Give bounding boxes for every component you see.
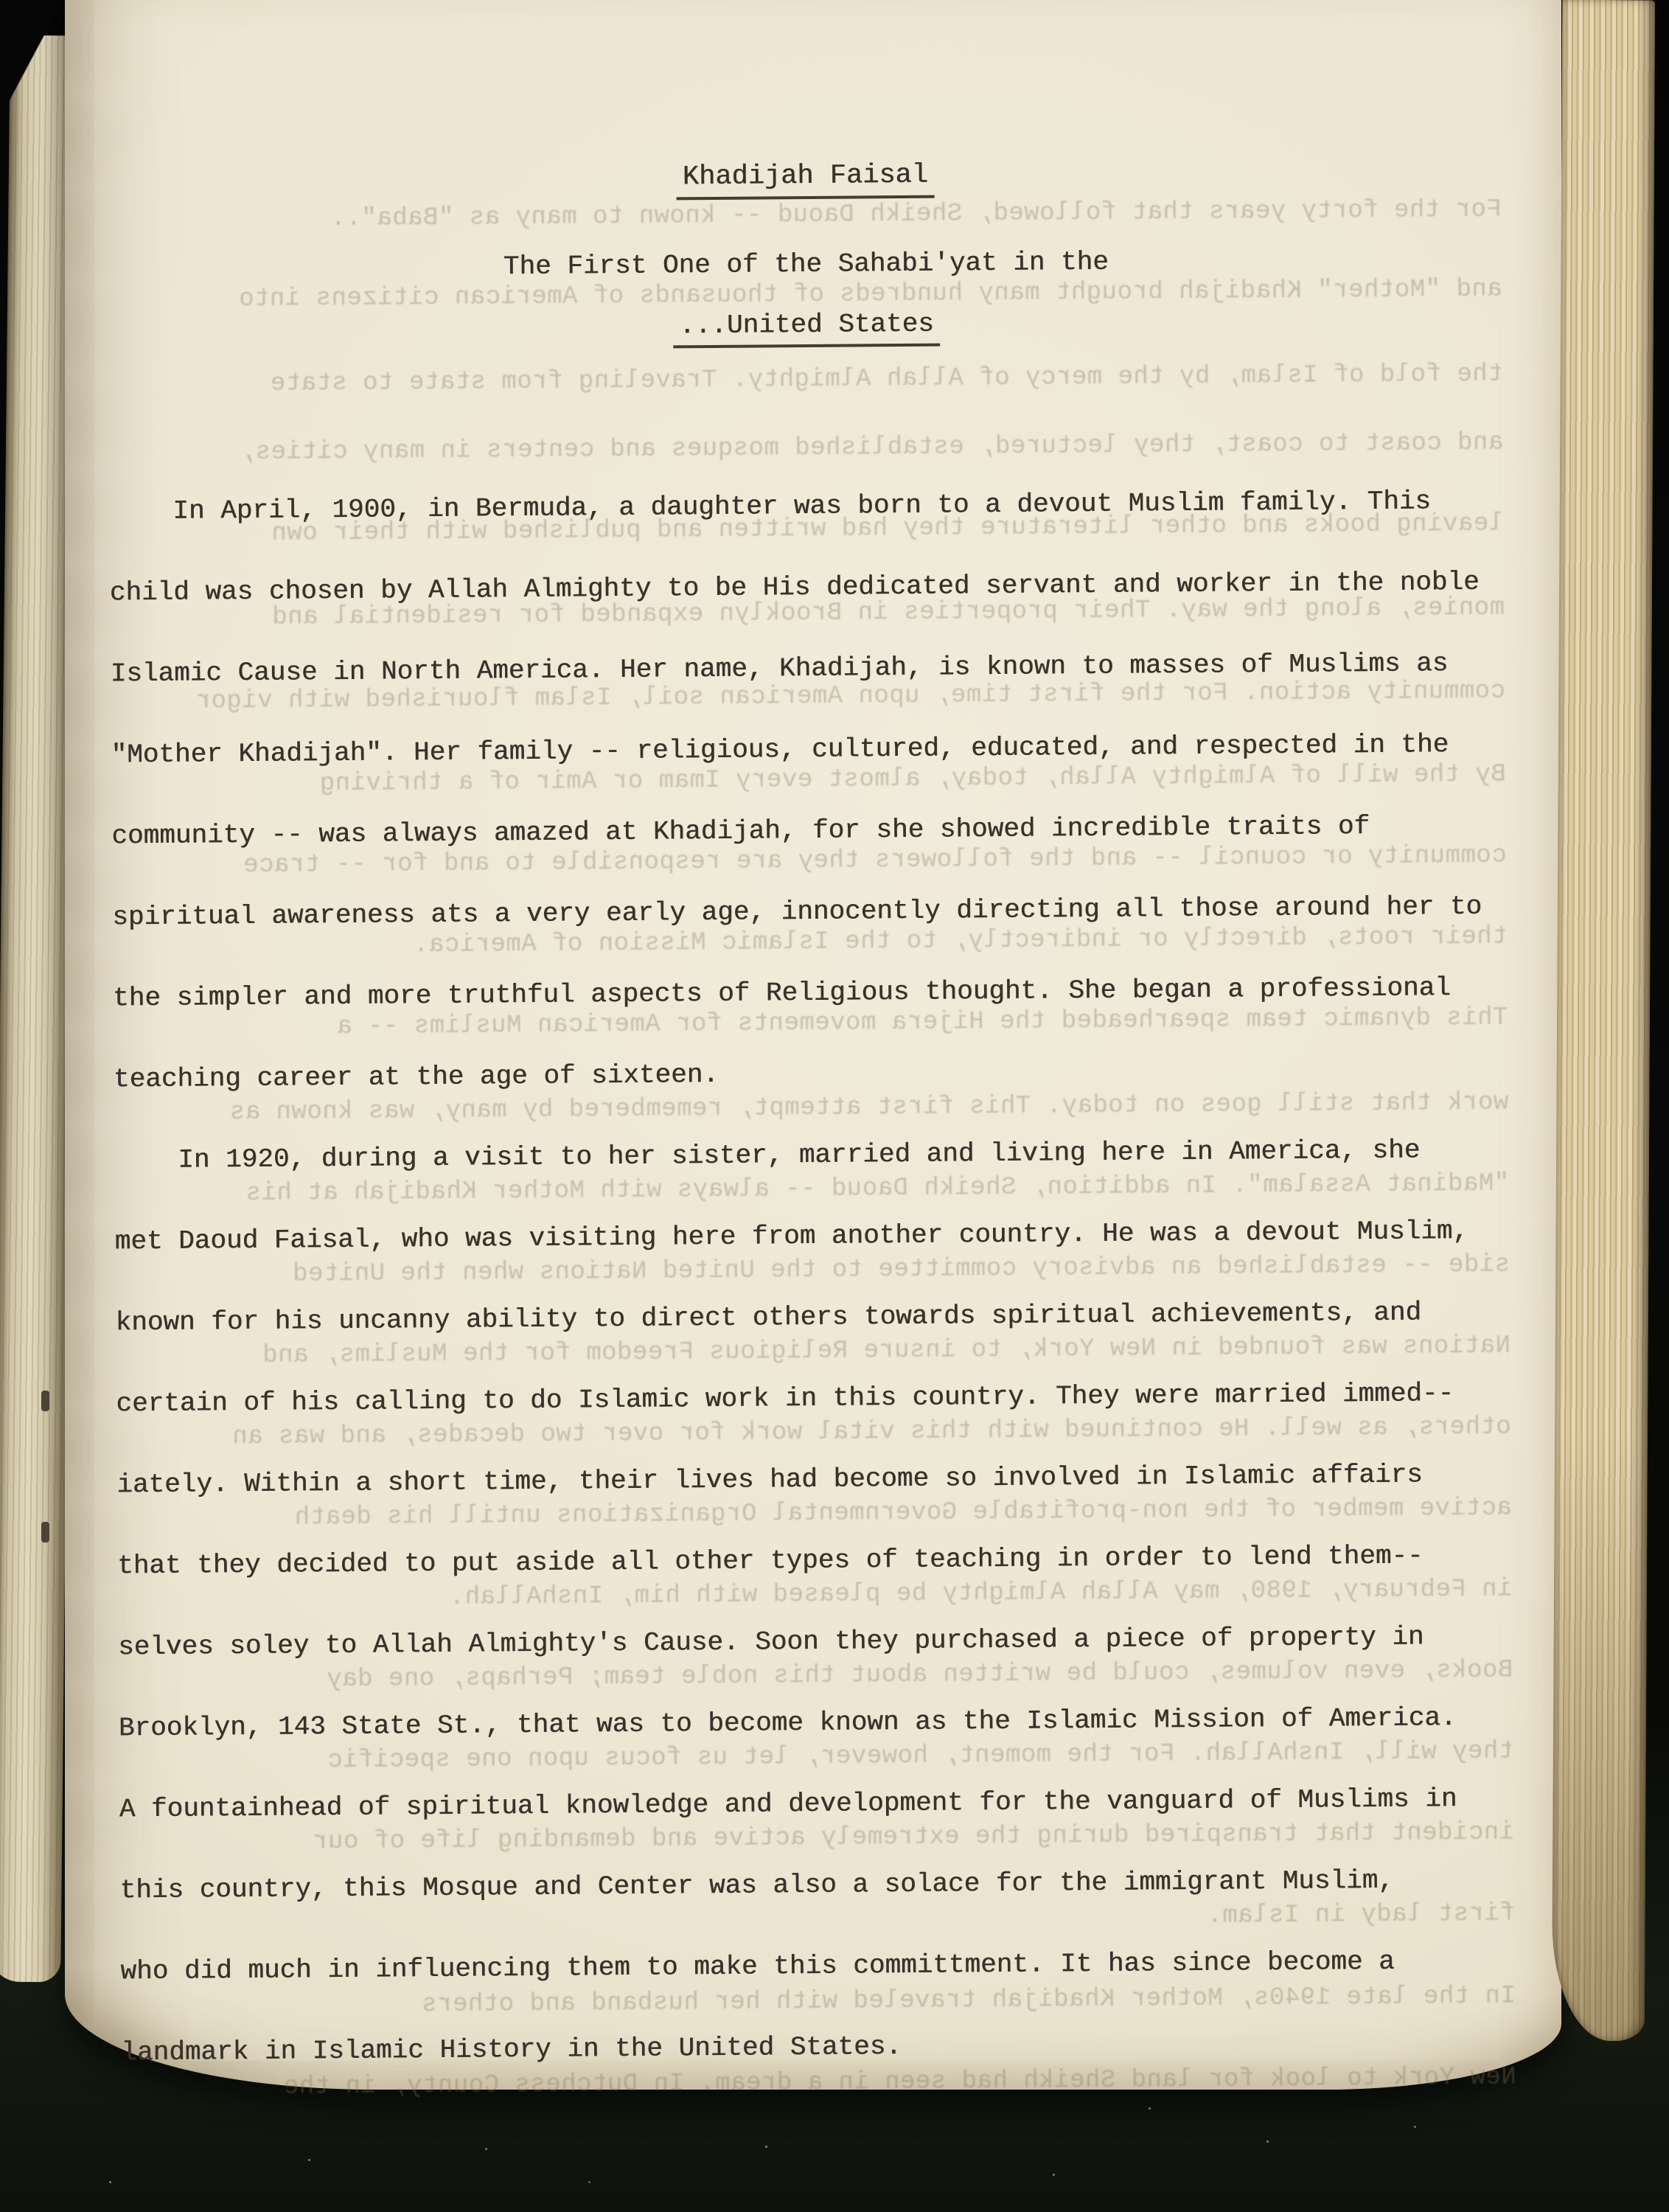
typed-text-line: iately. Within a short time, their lives… xyxy=(116,1434,1515,1526)
typed-text-line: landmark in Islamic History in the Unite… xyxy=(121,2001,1519,2093)
scan-corner-shadow xyxy=(0,0,83,111)
typed-text-line: that they decided to put aside all other… xyxy=(117,1515,1516,1607)
typed-text-line: certain of his calling to do Islamic wor… xyxy=(116,1353,1514,1445)
scanned-book-page: For the forty years that followed, Sheik… xyxy=(0,0,1669,2212)
body-text: In April, 1900, in Bermuda, a daughter w… xyxy=(108,461,1519,2094)
typed-text-line: known for his uncanny ability to direct … xyxy=(115,1272,1513,1364)
typed-text-line: who did much in influencing them to make… xyxy=(120,1920,1519,2012)
binding-stitch xyxy=(41,1522,49,1543)
page-title: Khadijah Faisal xyxy=(106,156,1504,198)
page-title-text: Khadijah Faisal xyxy=(677,160,934,201)
page-subtitle-line2-text: ...United States xyxy=(673,309,940,349)
typed-text-line: In 1920, during a visit to her sister, m… xyxy=(114,1110,1512,1202)
typed-text-line: selves soley to Allah Almighty's Cause. … xyxy=(118,1596,1516,1688)
typed-text-line: child was chosen by Allah Almighty to be… xyxy=(109,542,1508,634)
typed-text-line: the simpler and more truthful aspects of… xyxy=(113,947,1511,1040)
page-subtitle-line1: The First One of the Sahabi'yat in the xyxy=(107,244,1505,285)
typed-text-line: Islamic Cause in North America. Her name… xyxy=(110,623,1508,715)
book-fore-edge-pages xyxy=(1552,0,1655,2041)
dust-specks xyxy=(175,2056,178,2058)
typed-text-line: community -- was always amazed at Khadij… xyxy=(111,785,1510,877)
typed-text-line: this country, this Mosque and Center was… xyxy=(119,1839,1518,1931)
typed-text-line: "Mother Khadijah". Her family -- religio… xyxy=(111,704,1509,796)
typed-text-line: Brooklyn, 143 State St., that was to bec… xyxy=(118,1677,1516,1770)
typed-text-line: teaching career at the age of sixteen. xyxy=(114,1029,1512,1121)
typed-text-line: In April, 1900, in Bermuda, a daughter w… xyxy=(108,461,1507,553)
typed-text-line: A fountainhead of spiritual knowledge an… xyxy=(119,1759,1517,1851)
page-content: Khadijah Faisal The First One of the Sah… xyxy=(105,0,1521,2212)
typed-text-line: spiritual awareness ats a very early age… xyxy=(112,866,1511,959)
typed-text-line: met Daoud Faisal, who was visiting here … xyxy=(114,1191,1513,1283)
page-subtitle-line2: ...United States xyxy=(108,305,1505,346)
binding-stitch xyxy=(41,1391,49,1411)
